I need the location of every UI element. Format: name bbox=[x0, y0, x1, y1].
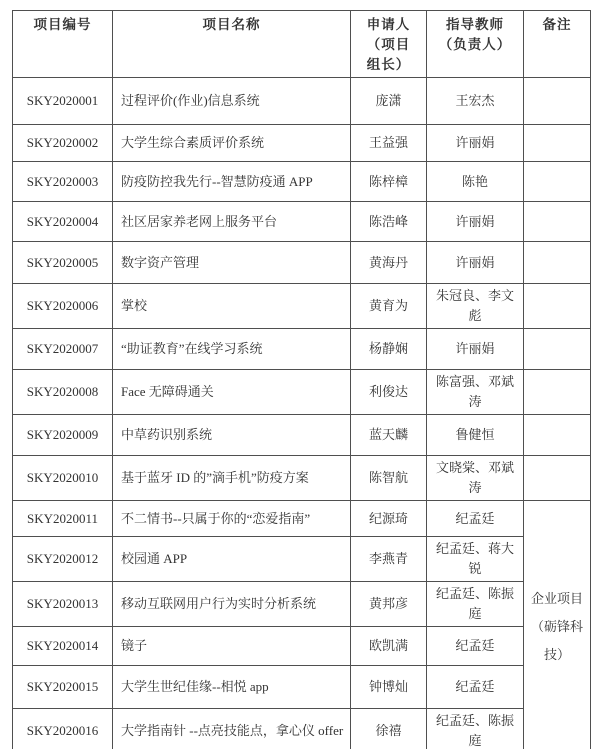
cell-project-name: Face 无障碍通关 bbox=[113, 370, 351, 415]
cell-project-name: 大学生世纪佳缘--相悦 app bbox=[113, 666, 351, 709]
cell-applicant: 黄育为 bbox=[351, 284, 427, 329]
cell-project-name: 校园通 APP bbox=[113, 537, 351, 582]
cell-teacher: 纪孟廷 bbox=[427, 627, 524, 666]
header-row: 项目编号 项目名称 申请人 （项目 组长） 指导教师 （负责人） 备注 bbox=[13, 11, 591, 78]
cell-applicant: 欧凯满 bbox=[351, 627, 427, 666]
cell-remark bbox=[524, 125, 591, 162]
cell-project-name: 防疫防控我先行--智慧防疫通 APP bbox=[113, 162, 351, 202]
cell-applicant: 王益强 bbox=[351, 125, 427, 162]
cell-applicant: 杨静娴 bbox=[351, 329, 427, 370]
table-row: SKY2020004 社区居家养老网上服务平台 陈浩峰 许丽娟 bbox=[13, 202, 591, 242]
cell-applicant: 李燕青 bbox=[351, 537, 427, 582]
table-row: SKY2020010 基于蓝牙 ID 的”滴手机”防疫方案 陈智航 文晓棠、邓斌… bbox=[13, 456, 591, 501]
merged-remark-cell: 企业项目（砺锋科技） bbox=[524, 501, 591, 749]
table-row: SKY2020005 数字资产管理 黄海丹 许丽娟 bbox=[13, 242, 591, 284]
cell-teacher: 朱冠良、李文彪 bbox=[427, 284, 524, 329]
cell-teacher: 鲁健恒 bbox=[427, 415, 524, 456]
cell-project-id: SKY2020002 bbox=[13, 125, 113, 162]
cell-project-name: 数字资产管理 bbox=[113, 242, 351, 284]
header-applicant: 申请人 （项目 组长） bbox=[351, 11, 427, 78]
cell-remark bbox=[524, 456, 591, 501]
cell-teacher: 文晓棠、邓斌涛 bbox=[427, 456, 524, 501]
cell-applicant: 蓝天麟 bbox=[351, 415, 427, 456]
table-row: SKY2020008 Face 无障碍通关 利俊达 陈富强、邓斌涛 bbox=[13, 370, 591, 415]
cell-teacher: 许丽娟 bbox=[427, 242, 524, 284]
cell-teacher: 王宏杰 bbox=[427, 78, 524, 125]
cell-remark bbox=[524, 162, 591, 202]
header-teacher: 指导教师 （负责人） bbox=[427, 11, 524, 78]
table-row: SKY2020006 掌校 黄育为 朱冠良、李文彪 bbox=[13, 284, 591, 329]
cell-project-name: 移动互联网用户行为实时分析系统 bbox=[113, 582, 351, 627]
cell-project-id: SKY2020003 bbox=[13, 162, 113, 202]
table-row: SKY2020011 不二情书--只属于你的“恋爱指南” 纪源琦 纪孟廷 企业项… bbox=[13, 501, 591, 537]
cell-project-id: SKY2020010 bbox=[13, 456, 113, 501]
table-row: SKY2020014 镜子 欧凯满 纪孟廷 bbox=[13, 627, 591, 666]
cell-applicant: 钟博灿 bbox=[351, 666, 427, 709]
cell-project-id: SKY2020009 bbox=[13, 415, 113, 456]
cell-applicant: 陈梓樟 bbox=[351, 162, 427, 202]
table-row: SKY2020012 校园通 APP 李燕青 纪孟廷、蒋大锐 bbox=[13, 537, 591, 582]
table-row: SKY2020003 防疫防控我先行--智慧防疫通 APP 陈梓樟 陈艳 bbox=[13, 162, 591, 202]
table-row: SKY2020001 过程评价(作业)信息系统 庞潇 王宏杰 bbox=[13, 78, 591, 125]
cell-project-id: SKY2020014 bbox=[13, 627, 113, 666]
table-row: SKY2020002 大学生综合素质评价系统 王益强 许丽娟 bbox=[13, 125, 591, 162]
cell-remark bbox=[524, 242, 591, 284]
cell-project-id: SKY2020001 bbox=[13, 78, 113, 125]
cell-teacher: 陈富强、邓斌涛 bbox=[427, 370, 524, 415]
cell-teacher: 纪孟廷 bbox=[427, 501, 524, 537]
cell-project-name: 大学指南针 --点亮技能点，拿心仪 offer bbox=[113, 709, 351, 749]
cell-project-name: 镜子 bbox=[113, 627, 351, 666]
cell-project-name: 中草药识别系统 bbox=[113, 415, 351, 456]
table-row: SKY2020015 大学生世纪佳缘--相悦 app 钟博灿 纪孟廷 bbox=[13, 666, 591, 709]
cell-project-id: SKY2020005 bbox=[13, 242, 113, 284]
projects-table: 项目编号 项目名称 申请人 （项目 组长） 指导教师 （负责人） 备注 SKY2… bbox=[12, 10, 591, 749]
cell-remark bbox=[524, 415, 591, 456]
cell-applicant: 庞潇 bbox=[351, 78, 427, 125]
cell-project-id: SKY2020012 bbox=[13, 537, 113, 582]
cell-applicant: 陈浩峰 bbox=[351, 202, 427, 242]
cell-project-id: SKY2020015 bbox=[13, 666, 113, 709]
cell-project-id: SKY2020013 bbox=[13, 582, 113, 627]
cell-project-name: 社区居家养老网上服务平台 bbox=[113, 202, 351, 242]
cell-project-name: 大学生综合素质评价系统 bbox=[113, 125, 351, 162]
cell-project-id: SKY2020004 bbox=[13, 202, 113, 242]
cell-teacher: 许丽娟 bbox=[427, 125, 524, 162]
cell-project-name: 掌校 bbox=[113, 284, 351, 329]
header-project-id: 项目编号 bbox=[13, 11, 113, 78]
cell-teacher: 许丽娟 bbox=[427, 202, 524, 242]
cell-applicant: 陈智航 bbox=[351, 456, 427, 501]
cell-teacher: 陈艳 bbox=[427, 162, 524, 202]
cell-teacher: 纪孟廷、蒋大锐 bbox=[427, 537, 524, 582]
cell-project-id: SKY2020016 bbox=[13, 709, 113, 749]
cell-project-name: 不二情书--只属于你的“恋爱指南” bbox=[113, 501, 351, 537]
cell-applicant: 黄海丹 bbox=[351, 242, 427, 284]
cell-teacher: 纪孟廷、陈振庭 bbox=[427, 582, 524, 627]
cell-applicant: 利俊达 bbox=[351, 370, 427, 415]
cell-teacher: 纪孟廷、陈振庭 bbox=[427, 709, 524, 749]
cell-project-name: “助证教育”在线学习系统 bbox=[113, 329, 351, 370]
cell-project-id: SKY2020011 bbox=[13, 501, 113, 537]
header-project-name: 项目名称 bbox=[113, 11, 351, 78]
cell-remark bbox=[524, 284, 591, 329]
cell-teacher: 纪孟廷 bbox=[427, 666, 524, 709]
cell-remark bbox=[524, 78, 591, 125]
cell-applicant: 徐禧 bbox=[351, 709, 427, 749]
cell-project-id: SKY2020006 bbox=[13, 284, 113, 329]
table-row: SKY2020007 “助证教育”在线学习系统 杨静娴 许丽娟 bbox=[13, 329, 591, 370]
header-remark: 备注 bbox=[524, 11, 591, 78]
table-row: SKY2020013 移动互联网用户行为实时分析系统 黄邦彦 纪孟廷、陈振庭 bbox=[13, 582, 591, 627]
table-row: SKY2020009 中草药识别系统 蓝天麟 鲁健恒 bbox=[13, 415, 591, 456]
cell-remark bbox=[524, 202, 591, 242]
cell-teacher: 许丽娟 bbox=[427, 329, 524, 370]
cell-project-name: 基于蓝牙 ID 的”滴手机”防疫方案 bbox=[113, 456, 351, 501]
cell-remark bbox=[524, 370, 591, 415]
cell-remark bbox=[524, 329, 591, 370]
cell-project-id: SKY2020007 bbox=[13, 329, 113, 370]
cell-applicant: 黄邦彦 bbox=[351, 582, 427, 627]
table-row: SKY2020016 大学指南针 --点亮技能点，拿心仪 offer 徐禧 纪孟… bbox=[13, 709, 591, 749]
cell-project-name: 过程评价(作业)信息系统 bbox=[113, 78, 351, 125]
cell-project-id: SKY2020008 bbox=[13, 370, 113, 415]
cell-applicant: 纪源琦 bbox=[351, 501, 427, 537]
document-page: 项目编号 项目名称 申请人 （项目 组长） 指导教师 （负责人） 备注 SKY2… bbox=[0, 0, 596, 749]
